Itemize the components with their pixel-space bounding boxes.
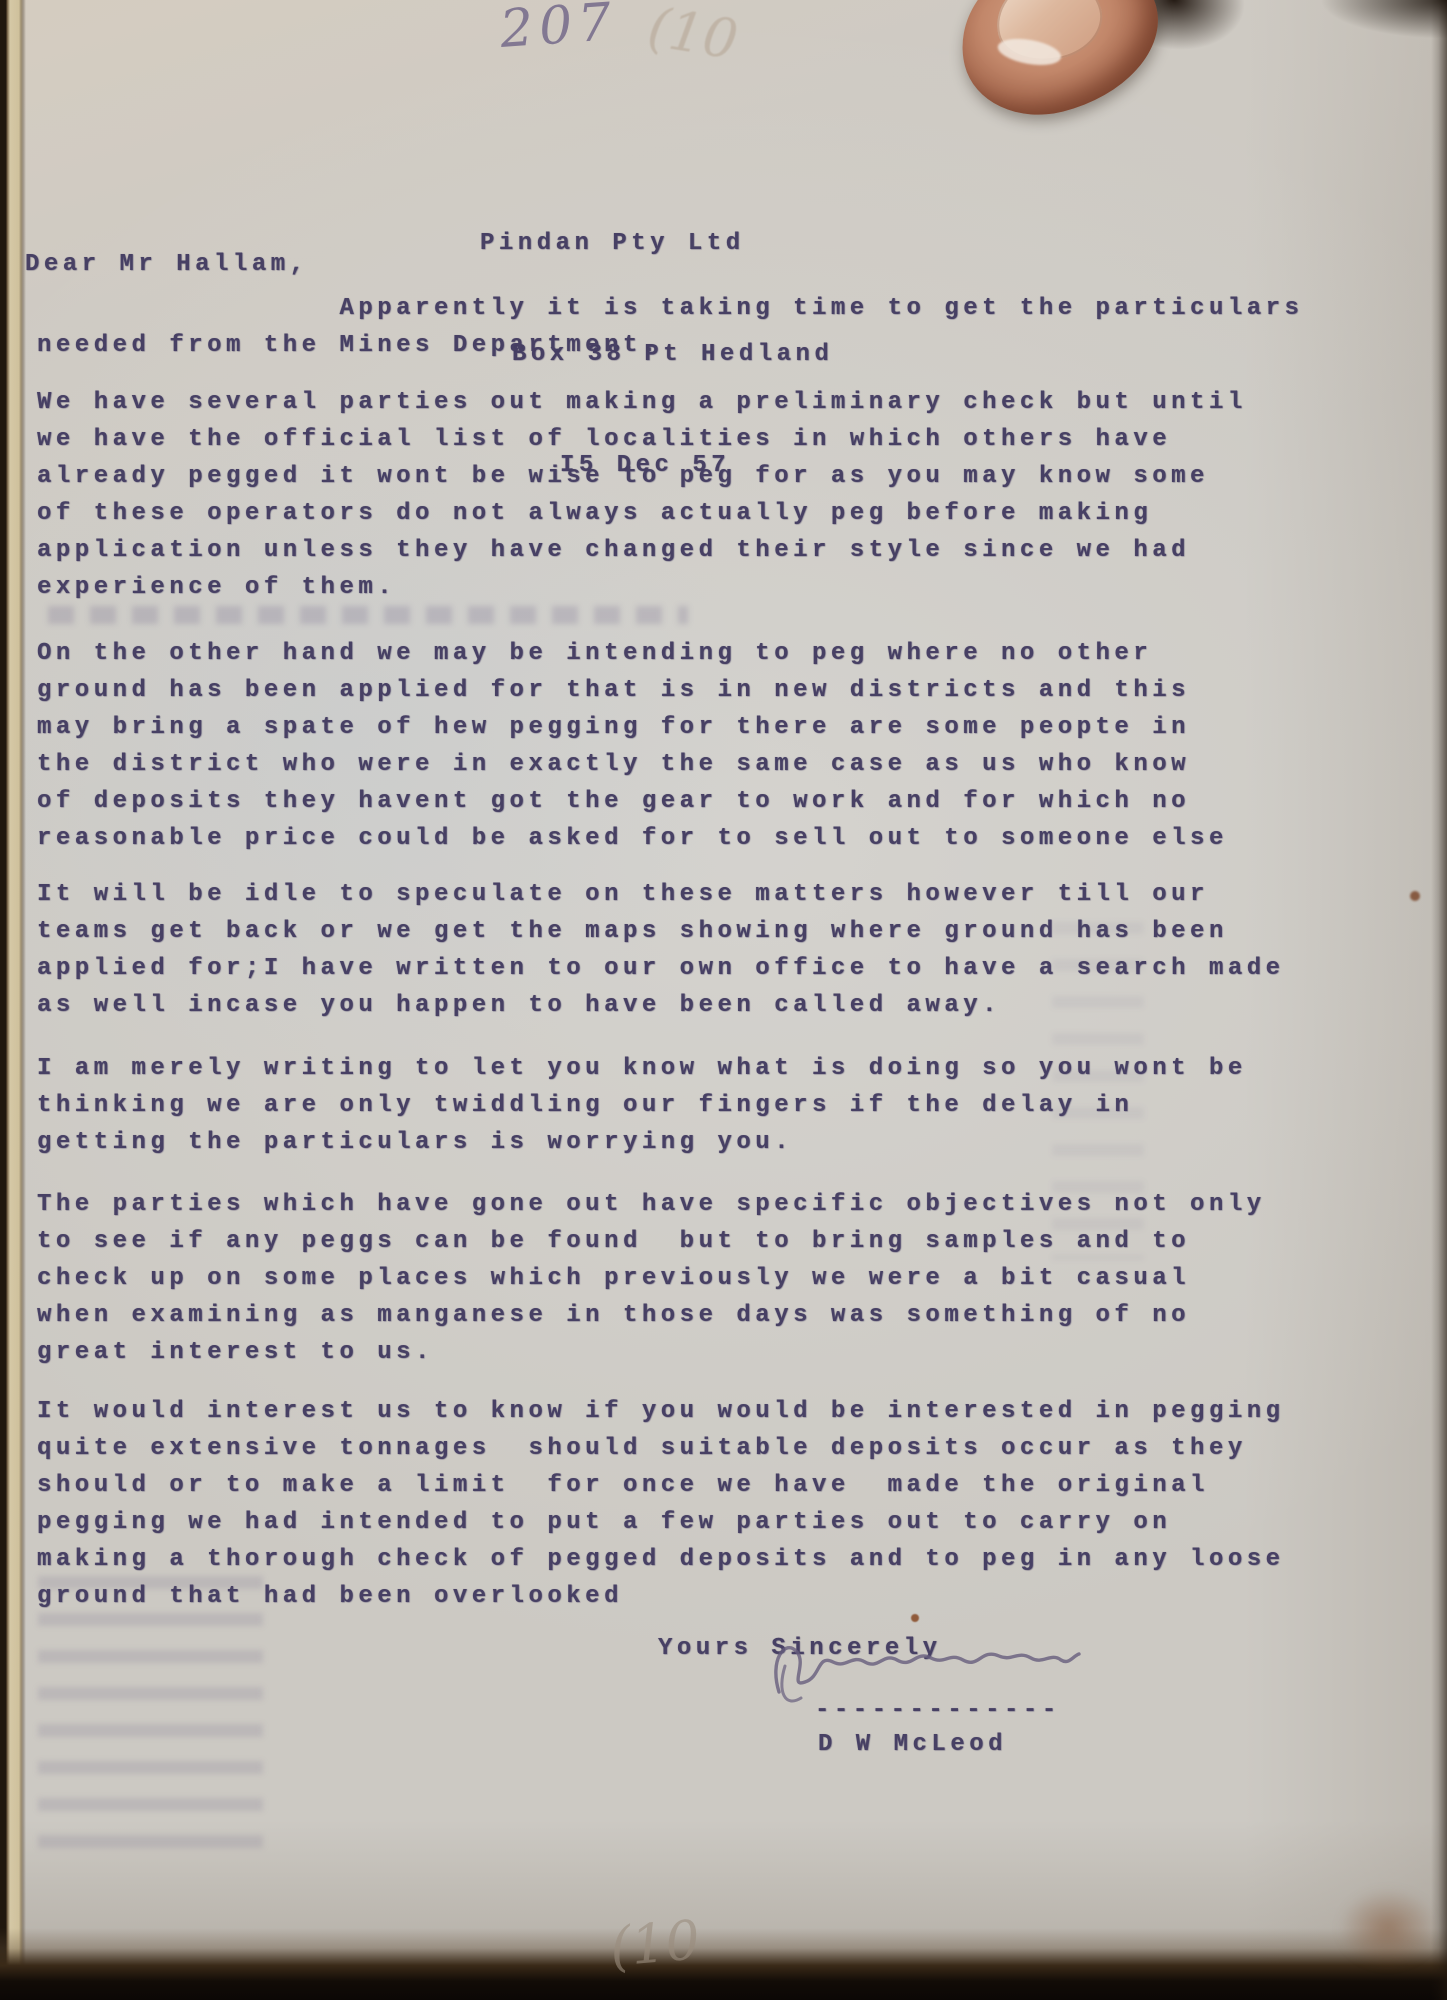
handwritten-page-number: 207 [498, 0, 619, 60]
bleed-through-smudge [48, 606, 688, 624]
paragraph-7: It would interest us to know if you woul… [37, 1393, 1367, 1615]
pencil-ghost-mark: (10 [644, 0, 743, 72]
paragraph-2: We have several parties out making a pre… [37, 384, 1367, 606]
corner-stain [1338, 1888, 1438, 1968]
typed-signature-name: D W McLeod [818, 1726, 1007, 1763]
scanned-letter-photo: 207 (10 (10 Pindan Pty Ltd Box 38 Pt Hed… [0, 0, 1447, 2000]
handwritten-signature [755, 1626, 1085, 1718]
paragraph-3: On the other hand we may be intending to… [37, 635, 1367, 857]
salutation: Dear Mr Hallam, [25, 246, 309, 283]
company-name: Pindan Pty Ltd [480, 225, 833, 262]
rust-spot [911, 1614, 919, 1622]
thumb-nail-tip [996, 35, 1063, 70]
paragraph-1: Apparently it is taking time to get the … [37, 290, 1367, 364]
paragraph-5: I am merely writing to let you know what… [37, 1050, 1367, 1161]
photo-corner-shadow [1297, 0, 1447, 46]
photo-edge-bottom [0, 1928, 1447, 2000]
page-edge-left [0, 0, 26, 2000]
hand-holding-page [952, 0, 1272, 128]
bleed-through-smudge [38, 1576, 263, 1868]
paragraph-4: It will be idle to speculate on these ma… [37, 876, 1367, 1024]
photo-edge-right [1431, 0, 1447, 2000]
paragraph-6: The parties which have gone out have spe… [37, 1186, 1367, 1371]
pencil-ghost-mark: (10 [607, 1908, 702, 1979]
thumb-nail [987, 0, 1110, 72]
rust-spot [1410, 891, 1420, 901]
